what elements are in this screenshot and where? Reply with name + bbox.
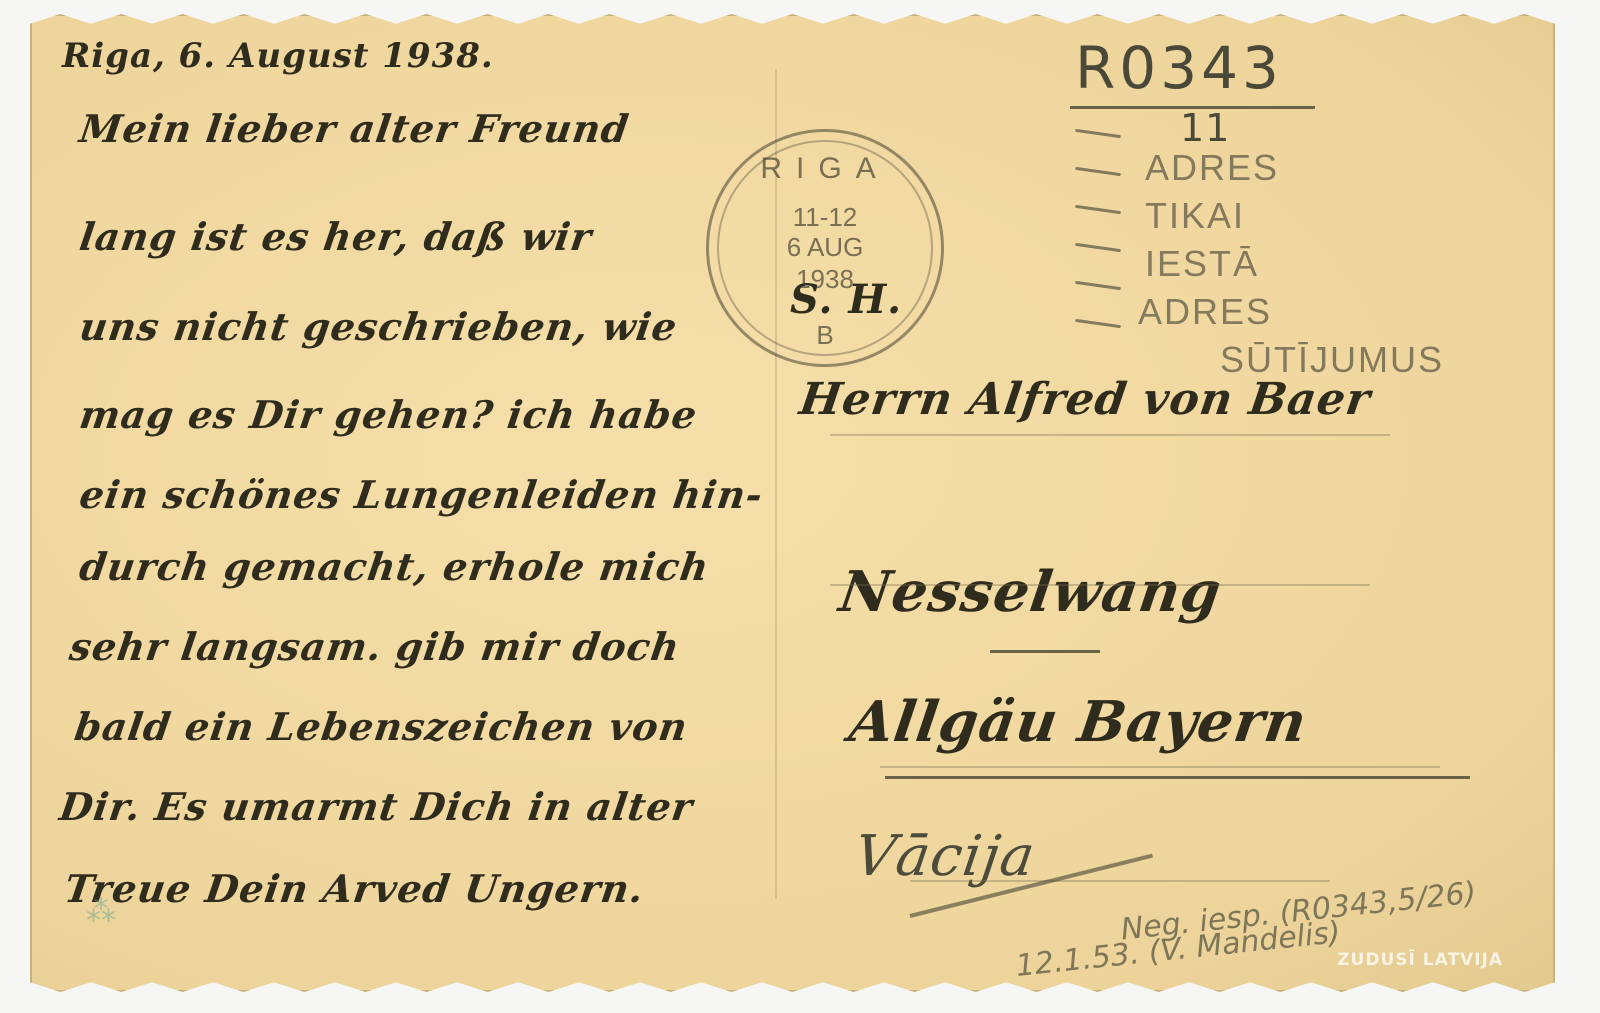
message-line: Treue Dein Arved Ungern. [62, 866, 647, 911]
address-abbrev: S. H. [790, 276, 902, 323]
slogan-line: ADRES [1138, 288, 1272, 336]
postmark-code: B [709, 320, 941, 351]
cancel-wave [1075, 167, 1121, 176]
green-stamp-mark: ⁂ [86, 894, 126, 930]
postmark-time: 11-12 [709, 202, 941, 233]
postcard: Riga, 6. August 1938. Mein lieber alter … [30, 14, 1555, 992]
address-ruled-line [830, 434, 1390, 436]
archive-number: R0343 [1075, 34, 1283, 102]
town-underline [990, 650, 1100, 653]
message-line: uns nicht geschrieben, wie [77, 304, 681, 349]
postmark-date: 6 AUG [709, 232, 941, 263]
postmark: RIGA 11-12 6 AUG 1938 B [706, 129, 944, 367]
cancel-wave [1075, 129, 1121, 138]
address-ruled-line [830, 584, 1370, 586]
dateline: Riga, 6. August 1938. [62, 36, 494, 76]
address-ruled-line [880, 766, 1440, 768]
message-line: sehr langsam. gib mir doch [67, 624, 683, 669]
address-recipient: Herrn Alfred von Baer [796, 374, 1374, 425]
cancel-wave [1075, 243, 1121, 252]
region-underline [885, 776, 1470, 779]
message-line: Dir. Es umarmt Dich in alter [57, 784, 696, 829]
cancel-wave [1075, 205, 1121, 214]
cancel-wave [1075, 319, 1121, 328]
message-line: durch gemacht, erhole mich [77, 544, 712, 589]
slogan-line: IESTĀ [1145, 240, 1259, 288]
address-ruled-line [910, 880, 1330, 882]
cancel-wave [1075, 281, 1121, 290]
address-town: Nesselwang [835, 559, 1225, 625]
watermark: ZUDUSĪ LATVIJA [1337, 950, 1503, 970]
address-region: Allgäu Bayern [845, 689, 1311, 755]
message-line: bald ein Lebenszeichen von [72, 704, 691, 749]
message-line: mag es Dir gehen? ich habe [77, 392, 700, 437]
message-line: lang ist es her, daß wir [77, 214, 595, 259]
message-line: ein schönes Lungenleiden hin- [77, 472, 766, 517]
message-line: Mein lieber alter Freund [77, 106, 632, 151]
slogan-line: TIKAI [1145, 192, 1245, 240]
postmark-city: RIGA [709, 152, 941, 186]
archive-sub-number: 11 [1180, 106, 1230, 150]
slogan-line: ADRES [1145, 144, 1279, 192]
